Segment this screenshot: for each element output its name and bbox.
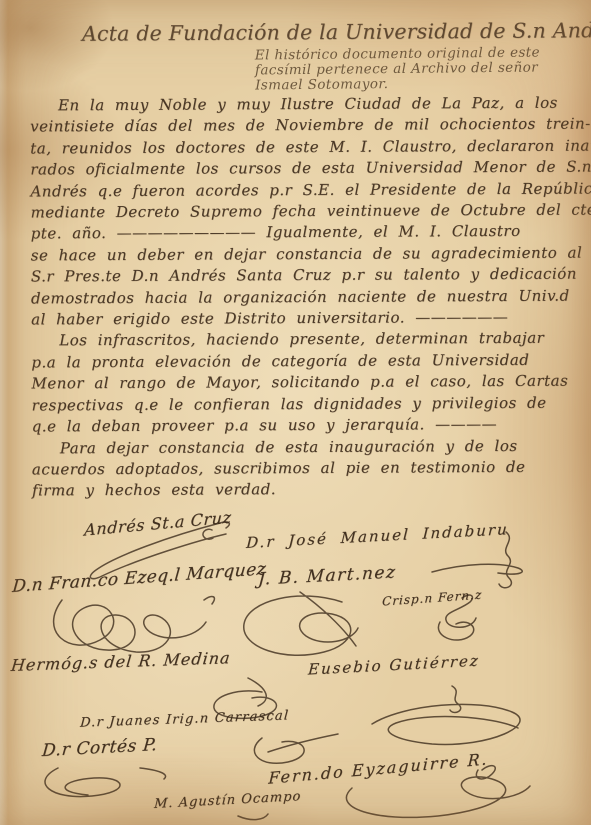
signature-juanes: D.r Juanes Irig.n Carrascal bbox=[80, 708, 290, 730]
flourish-martinez bbox=[244, 592, 358, 655]
body-line: Andrés q.e fueron acordes p.r S.E. el Pr… bbox=[30, 178, 566, 202]
signature-fernandez: Crisp.n Fern.z bbox=[382, 587, 483, 608]
signature-eyzaguirre: Fern.do Eyzaguirre R. bbox=[268, 749, 489, 787]
document-page: Acta de Fundación de la Universidad de S… bbox=[0, 0, 591, 825]
body-line: rados oficialmente los cursos de esta Un… bbox=[30, 157, 566, 181]
body-line: se hace un deber en dejar constancia de … bbox=[31, 242, 567, 266]
signature-ocampo: M. Agustín Ocampo bbox=[154, 789, 302, 812]
body-line: S.r Pres.te D.n Andrés Santa Cruz p.r su… bbox=[31, 264, 567, 288]
annotation-line: facsímil pertenece al Archivo del señor bbox=[255, 61, 540, 79]
signature-martinez: J. B. Mart.nez bbox=[257, 562, 397, 589]
document-title: Acta de Fundación de la Universidad de S… bbox=[82, 18, 582, 45]
annotation-note: El histórico documento original de estef… bbox=[255, 46, 541, 94]
flourish-juanes bbox=[254, 734, 338, 763]
body-line: demostrados hacia la organización nacien… bbox=[31, 285, 567, 309]
body-text: En la muy Noble y muy Ilustre Ciudad de … bbox=[30, 93, 568, 503]
annotation-line: Ismael Sotomayor. bbox=[255, 76, 540, 94]
body-line: Para dejar constancia de esta inauguraci… bbox=[32, 435, 568, 459]
flourish-marquez bbox=[54, 597, 215, 653]
flourish-gutierrez bbox=[372, 686, 520, 744]
body-line: ta, reunidos los doctores de este M. I. … bbox=[30, 135, 566, 159]
signature-marquez: D.n Fran.co Ezeq.l Marquez bbox=[11, 559, 267, 597]
body-line: q.e la deban proveer p.a su uso y jerarq… bbox=[32, 414, 568, 438]
signature-cortes: D.r Cortés P. bbox=[41, 735, 158, 761]
body-line: Menor al rango de Mayor, solicitando p.a… bbox=[31, 371, 567, 395]
body-line: acuerdos adoptados, suscribimos al pie e… bbox=[32, 457, 568, 481]
body-line: al haber erigido este Distrito universit… bbox=[31, 307, 567, 331]
body-line: respectivas q.e le confieran las dignida… bbox=[32, 392, 568, 416]
flourish-ocampo bbox=[238, 814, 268, 820]
body-line: veintisiete días del mes de Noviembre de… bbox=[30, 114, 566, 138]
signature-indaburu: D.r José Manuel Indaburu bbox=[246, 520, 509, 552]
signature-medina: Hermóg.s del R. Medina bbox=[10, 648, 232, 675]
body-line: p.a la pronta elevación de categoría de … bbox=[31, 349, 567, 373]
body-line: pte. año. ————————— Igualmente, el M. I.… bbox=[31, 221, 567, 245]
body-line: Los infrascritos, haciendo presente, det… bbox=[31, 328, 567, 352]
signature-gutierrez: Eusebio Gutiérrez bbox=[307, 651, 480, 678]
flourish-cortes bbox=[45, 768, 166, 797]
signature-santa-cruz: Andrés St.a Cruz bbox=[84, 507, 232, 539]
body-line: firma y hechos esta verdad. bbox=[32, 478, 568, 502]
body-line: En la muy Noble y muy Ilustre Ciudad de … bbox=[30, 93, 566, 117]
body-line: mediante Decreto Supremo fecha veintinue… bbox=[30, 200, 566, 224]
